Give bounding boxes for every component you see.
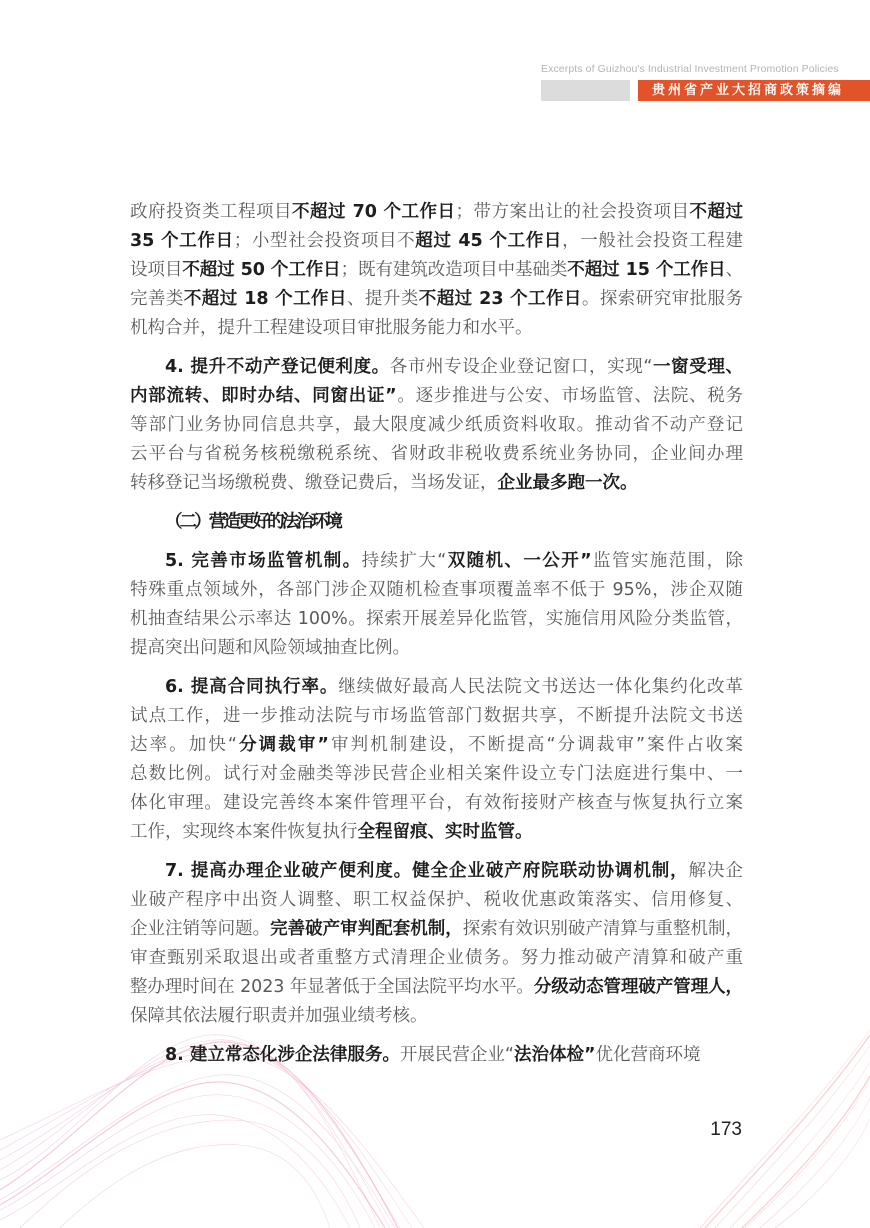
bold-text: 不超过 50 个工作日 bbox=[182, 260, 340, 280]
body-text: ；小型社会投资项目不 bbox=[234, 231, 416, 251]
body-text: 云平台与省税务核税缴税系统、省财政非税收费系统业务协同，企业间办理 bbox=[130, 444, 743, 464]
paragraph-gap bbox=[130, 343, 743, 353]
text-line: 6. 提高合同执行率。继续做好最高人民法院文书送达一体化集约化改革 bbox=[130, 673, 743, 702]
body-text: 审判机制建设，不断提高“分调裁审”案件占收案 bbox=[329, 735, 743, 755]
body-text: 特殊重点领域外，各部门涉企双随机检查事项覆盖率不低于 95%，涉企双随 bbox=[130, 580, 743, 600]
paragraph-gap bbox=[130, 847, 743, 857]
text-line: 体化审理。建设完善终本案件管理平台，有效衔接财产核查与恢复执行立案 bbox=[130, 789, 743, 818]
bold-text: 一窗受理、 bbox=[652, 357, 743, 377]
text-line: 机抽查结果公示率达 100%。探索开展差异化监管，实施信用风险分类监管， bbox=[130, 605, 743, 634]
text-line: 试点工作，进一步推动法院与市场监管部门数据共享，不断提升法院文书送 bbox=[130, 702, 743, 731]
bold-text: 7. 提高办理企业破产便利度。健全企业破产府院联动协调机制， bbox=[165, 861, 689, 881]
text-line: 转移登记当场缴税费、缴登记费后，当场发证，企业最多跑一次。 bbox=[130, 469, 743, 498]
paragraph-gap bbox=[130, 498, 743, 508]
bold-text: 分调裁审” bbox=[237, 735, 329, 755]
body-text: 完善类 bbox=[130, 289, 184, 309]
paragraph-gap bbox=[130, 1031, 743, 1041]
text-line: 35 个工作日；小型社会投资项目不超过 45 个工作日，一般社会投资工程建 bbox=[130, 227, 743, 256]
bold-text: 法治体检” bbox=[514, 1045, 596, 1065]
paragraph-item-5: 5. 完善市场监管机制。持续扩大“双随机、一公开”监管实施范围，除特殊重点领域外… bbox=[130, 547, 743, 663]
page-number: 173 bbox=[710, 1119, 742, 1141]
paragraph-item-7: 7. 提高办理企业破产便利度。健全企业破产府院联动协调机制，解决企业破产程序中出… bbox=[130, 857, 743, 1031]
body-text: 、提升类 bbox=[347, 289, 419, 309]
body-text: ；带方案出让的社会投资项目 bbox=[456, 202, 690, 222]
body-text: 。探索研究审批服务 bbox=[582, 289, 743, 309]
bold-text: 完善破产审判配套机制， bbox=[270, 919, 463, 939]
body-text: 。逐步推进与公安、市场监管、法院、税务 bbox=[397, 386, 743, 406]
body-text: 、 bbox=[726, 260, 743, 280]
bold-text: 4. 提升不动产登记便利度。 bbox=[165, 357, 390, 377]
bold-text: 5. 完善市场监管机制。 bbox=[165, 551, 362, 571]
body-text: 各市州专设企业登记窗口，实现“ bbox=[390, 357, 653, 377]
bold-text: 不超过 bbox=[690, 202, 744, 222]
body-text: 试点工作，进一步推动法院与市场监管部门数据共享，不断提升法院文书送 bbox=[130, 706, 743, 726]
section-heading-block: （二）营造更好的法治环境 bbox=[130, 508, 743, 537]
text-line: 业破产程序中出资人调整、职工权益保护、税收优惠政策落实、信用修复、 bbox=[130, 886, 743, 915]
body-text: 继续做好最高人民法院文书送达一体化集约化改革 bbox=[338, 677, 743, 697]
text-line: 审查甄别采取退出或者重整方式清理企业债务。努力推动破产清算和破产重 bbox=[130, 944, 743, 973]
paragraph-item-4: 4. 提升不动产登记便利度。各市州专设企业登记窗口，实现“一窗受理、内部流转、即… bbox=[130, 353, 743, 498]
bold-text: 分级动态管理破产管理人， bbox=[534, 977, 743, 997]
bold-text: 不超过 70 个工作日 bbox=[292, 202, 456, 222]
bold-text: 内部流转、即时办结、同窗出证” bbox=[130, 386, 397, 406]
header-gray-block bbox=[541, 80, 630, 101]
paragraph-item-6: 6. 提高合同执行率。继续做好最高人民法院文书送达一体化集约化改革试点工作，进一… bbox=[130, 673, 743, 847]
body-text: ，一般社会投资工程建 bbox=[562, 231, 743, 251]
body-text: 审查甄别采取退出或者重整方式清理企业债务。努力推动破产清算和破产重 bbox=[130, 948, 743, 968]
body-text: 体化审理。建设完善终本案件管理平台，有效衔接财产核查与恢复执行立案 bbox=[130, 793, 743, 813]
bold-text: 8. 建立常态化涉企法律服务。 bbox=[165, 1045, 400, 1065]
text-line: 工作，实现终本案件恢复执行全程留痕、实时监管。 bbox=[130, 818, 743, 847]
body-text: 达率。加快“ bbox=[130, 735, 237, 755]
text-line: 4. 提升不动产登记便利度。各市州专设企业登记窗口，实现“一窗受理、 bbox=[130, 353, 743, 382]
text-line: 企业注销等问题。完善破产审判配套机制，探索有效识别破产清算与重整机制， bbox=[130, 915, 743, 944]
body-text: 等部门业务协同信息共享，最大限度减少纸质资料收取。推动省不动产登记 bbox=[130, 415, 743, 435]
bold-text: 6. 提高合同执行率。 bbox=[165, 677, 338, 697]
body-text: 工作，实现终本案件恢复执行 bbox=[130, 822, 358, 842]
bold-text: 超过 45 个工作日 bbox=[415, 231, 562, 251]
text-line: 保障其依法履行职责并加强业绩考核。 bbox=[130, 1002, 743, 1031]
body-text: 机构合并，提升工程建设项目审批服务能力和水平。 bbox=[130, 318, 533, 338]
body-text: 企业注销等问题。 bbox=[130, 919, 270, 939]
section-heading: （二）营造更好的法治环境 bbox=[130, 508, 743, 537]
body-text: 持续扩大“ bbox=[362, 551, 447, 571]
text-line: 政府投资类工程项目不超过 70 个工作日；带方案出让的社会投资项目不超过 bbox=[130, 198, 743, 227]
body-text: 整办理时间在 2023 年显著低于全国法院平均水平。 bbox=[130, 977, 534, 997]
body-text: 保障其依法履行职责并加强业绩考核。 bbox=[130, 1006, 428, 1026]
header-subtitle-english: Excerpts of Guizhou's Industrial Investm… bbox=[541, 63, 841, 75]
body-text: 业破产程序中出资人调整、职工权益保护、税收优惠政策落实、信用修复、 bbox=[130, 890, 743, 910]
body-text: 开展民营企业“ bbox=[400, 1045, 514, 1065]
header-title-banner: 贵州省产业大招商政策摘编 bbox=[638, 80, 870, 101]
text-line: 完善类不超过 18 个工作日、提升类不超过 23 个工作日。探索研究审批服务 bbox=[130, 285, 743, 314]
body-text: 机抽查结果公示率达 100%。探索开展差异化监管，实施信用风险分类监管， bbox=[130, 609, 743, 629]
text-line: 等部门业务协同信息共享，最大限度减少纸质资料收取。推动省不动产登记 bbox=[130, 411, 743, 440]
text-line: 特殊重点领域外，各部门涉企双随机检查事项覆盖率不低于 95%，涉企双随 bbox=[130, 576, 743, 605]
paragraph-continuation: 政府投资类工程项目不超过 70 个工作日；带方案出让的社会投资项目不超过35 个… bbox=[130, 198, 743, 343]
text-line: 5. 完善市场监管机制。持续扩大“双随机、一公开”监管实施范围，除 bbox=[130, 547, 743, 576]
body-text: 总数比例。试行对金融类等涉民营企业相关案件设立专门法庭进行集中、一 bbox=[130, 764, 743, 784]
bold-text: 不超过 23 个工作日 bbox=[419, 289, 582, 309]
bold-text: 不超过 18 个工作日 bbox=[184, 289, 347, 309]
paragraph-gap bbox=[130, 663, 743, 673]
paragraph-gap bbox=[130, 537, 743, 547]
text-line: 提高突出问题和风险领域抽查比例。 bbox=[130, 634, 743, 663]
body-text: 设项目 bbox=[130, 260, 182, 280]
body-text: 提高突出问题和风险领域抽查比例。 bbox=[130, 638, 410, 658]
body-text: 解决企 bbox=[689, 861, 743, 881]
text-line: 8. 建立常态化涉企法律服务。开展民营企业“法治体检”优化营商环境 bbox=[130, 1041, 743, 1070]
text-line: 设项目不超过 50 个工作日；既有建筑改造项目中基础类不超过 15 个工作日、 bbox=[130, 256, 743, 285]
text-line: 内部流转、即时办结、同窗出证”。逐步推进与公安、市场监管、法院、税务 bbox=[130, 382, 743, 411]
text-line: 云平台与省税务核税缴税系统、省财政非税收费系统业务协同，企业间办理 bbox=[130, 440, 743, 469]
body-text: 探索有效识别破产清算与重整机制， bbox=[463, 919, 743, 939]
document-body: 政府投资类工程项目不超过 70 个工作日；带方案出让的社会投资项目不超过35 个… bbox=[130, 198, 743, 1070]
bold-text: 企业最多跑一次。 bbox=[498, 473, 638, 493]
body-text: 政府投资类工程项目 bbox=[130, 202, 292, 222]
bold-text: 不超过 15 个工作日 bbox=[567, 260, 725, 280]
bold-text: 全程留痕、实时监管。 bbox=[358, 822, 533, 842]
paragraph-item-8: 8. 建立常态化涉企法律服务。开展民营企业“法治体检”优化营商环境 bbox=[130, 1041, 743, 1070]
bold-text: 35 个工作日 bbox=[130, 231, 234, 251]
text-line: 达率。加快“分调裁审”审判机制建设，不断提高“分调裁审”案件占收案 bbox=[130, 731, 743, 760]
body-text: 优化营商环境 bbox=[596, 1045, 701, 1065]
text-line: 整办理时间在 2023 年显著低于全国法院平均水平。分级动态管理破产管理人， bbox=[130, 973, 743, 1002]
text-line: 总数比例。试行对金融类等涉民营企业相关案件设立专门法庭进行集中、一 bbox=[130, 760, 743, 789]
body-text: ；既有建筑改造项目中基础类 bbox=[341, 260, 568, 280]
body-text: 转移登记当场缴税费、缴登记费后，当场发证， bbox=[130, 473, 498, 493]
body-text: 监管实施范围，除 bbox=[592, 551, 743, 571]
bold-text: 双随机、一公开” bbox=[446, 551, 591, 571]
text-line: 7. 提高办理企业破产便利度。健全企业破产府院联动协调机制，解决企 bbox=[130, 857, 743, 886]
text-line: 机构合并，提升工程建设项目审批服务能力和水平。 bbox=[130, 314, 743, 343]
